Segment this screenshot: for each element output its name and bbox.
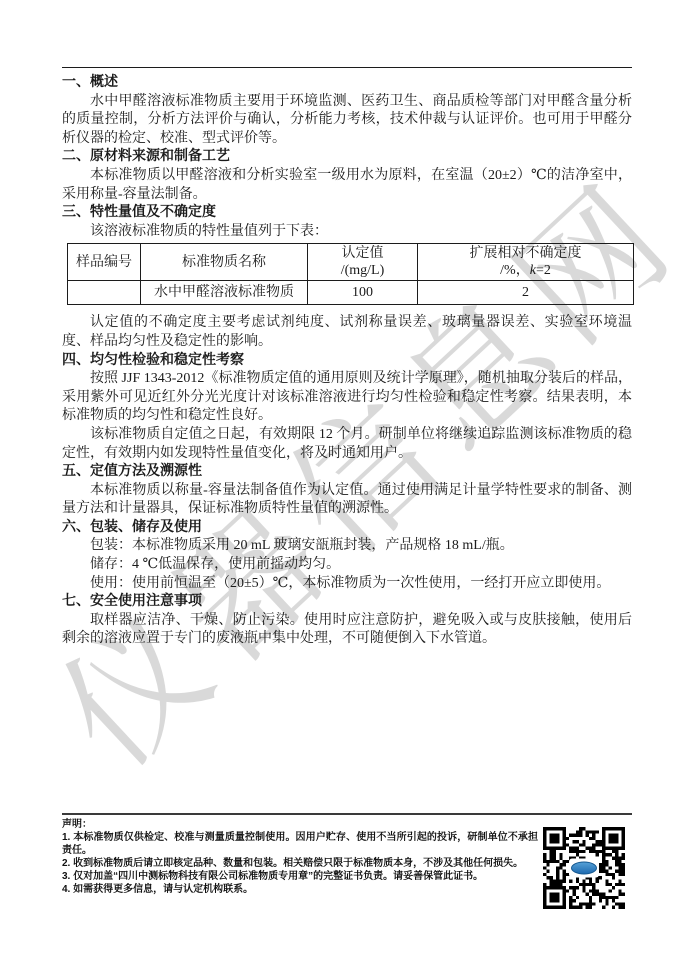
paragraph-homogeneity: 按照 JJF 1343-2012《标准物质定值的通用原则及统计学原理》，随机抽取… [62,370,632,426]
statement-note: 2. 收到标准物质后请立即核定品种、数量和包装。相关赔偿只限于标准物质本身，不涉… [62,857,538,870]
table-row: 水中甲醛溶液标准物质 100 2 [68,281,634,305]
paragraph-storage: 储存：4 ℃低温保存，使用前摇动均匀。 [62,556,632,575]
qr-code-icon [543,827,625,909]
document-body: 一、概述 水中甲醛溶液标准物质主要用于环境监测、医药卫生、商品质检等部门对甲醛含… [62,67,632,649]
table-header-material-name: 标准物质名称 [141,244,308,281]
paragraph-raw-material: 本标准物质以甲醛溶液和分析实验室一级用水为原料，在室温（20±2）℃的洁净室中，… [62,167,632,204]
table-cell-sample-id [68,281,141,305]
table-cell-material-name: 水中甲醛溶液标准物质 [141,281,308,305]
certificate-page: 仪器信息网 一、概述 水中甲醛溶液标准物质主要用于环境监测、医药卫生、商品质检等… [0,0,694,979]
section-heading-homogeneity: 四、均匀性检验和稳定性考察 [62,352,632,371]
footer-statement: 声明： 1. 本标准物质仅供检定、校准与测量质量控制使用。因用户贮存、使用不当所… [62,813,632,896]
table-header-uncertainty: 扩展相对不确定度 /%，k=2 [418,244,634,281]
property-table: 样品编号 标准物质名称 认定值 /(mg/L) 扩展相对不确定度 /%，k=2 [67,243,634,305]
table-header-sample-id: 样品编号 [68,244,141,281]
paragraph-safety: 取样器应洁净、干燥、防止污染。使用时应注意防护，避免吸入或与皮肤接触，使用后剩余… [62,612,632,649]
table-header-row: 样品编号 标准物质名称 认定值 /(mg/L) 扩展相对不确定度 /%，k=2 [68,244,634,281]
statement-note: 4. 如需获得更多信息，请与认定机构联系。 [62,883,538,896]
table-cell-certified-value: 100 [308,281,418,305]
section-heading-traceability: 五、定值方法及溯源性 [62,463,632,482]
table-header-certified-value: 认定值 /(mg/L) [308,244,418,281]
statement-notes: 1. 本标准物质仅供检定、校准与测量质量控制使用。因用户贮存、使用不当所引起的投… [62,831,538,896]
table-cell-uncertainty: 2 [418,281,634,305]
paragraph-traceability: 本标准物质以称量-容量法制备值作为认定值。通过使用满足计量学特性要求的制备、测量… [62,482,632,519]
qr-center-logo-icon [569,859,599,878]
paragraph-packaging: 包装：本标准物质采用 20 mL 玻璃安瓿瓶封装，产品规格 18 mL/瓶。 [62,537,632,556]
paragraph-usage: 使用：使用前恒温至（20±5）℃，本标准物质为一次性使用，一经打开应立即使用。 [62,575,632,594]
section-heading-property-values: 三、特性量值及不确定度 [62,204,632,223]
paragraph-table-intro: 该溶液标准物质的特性量值列于下表： [62,223,632,242]
section-heading-safety: 七、安全使用注意事项 [62,593,632,612]
section-heading-overview: 一、概述 [62,74,632,93]
paragraph-overview: 水中甲醛溶液标准物质主要用于环境监测、医药卫生、商品质检等部门对甲醛含量分析的质… [62,93,632,149]
statement-note: 3. 仅对加盖“四川中测标物科技有限公司标准物质专用章”的完整证书负责。请妥善保… [62,870,538,883]
section-heading-packaging: 六、包装、储存及使用 [62,519,632,538]
paragraph-uncertainty-sources: 认定值的不确定度主要考虑试剂纯度、试剂称量误差、玻璃量器误差、实验室环境温度、样… [62,314,632,351]
section-heading-raw-material: 二、原材料来源和制备工艺 [62,148,632,167]
statement-note: 1. 本标准物质仅供检定、校准与测量质量控制使用。因用户贮存、使用不当所引起的投… [62,831,538,857]
paragraph-validity: 该标准物质自定值之日起，有效期限 12 个月。研制单位将继续追踪监测该标准物质的… [62,426,632,463]
